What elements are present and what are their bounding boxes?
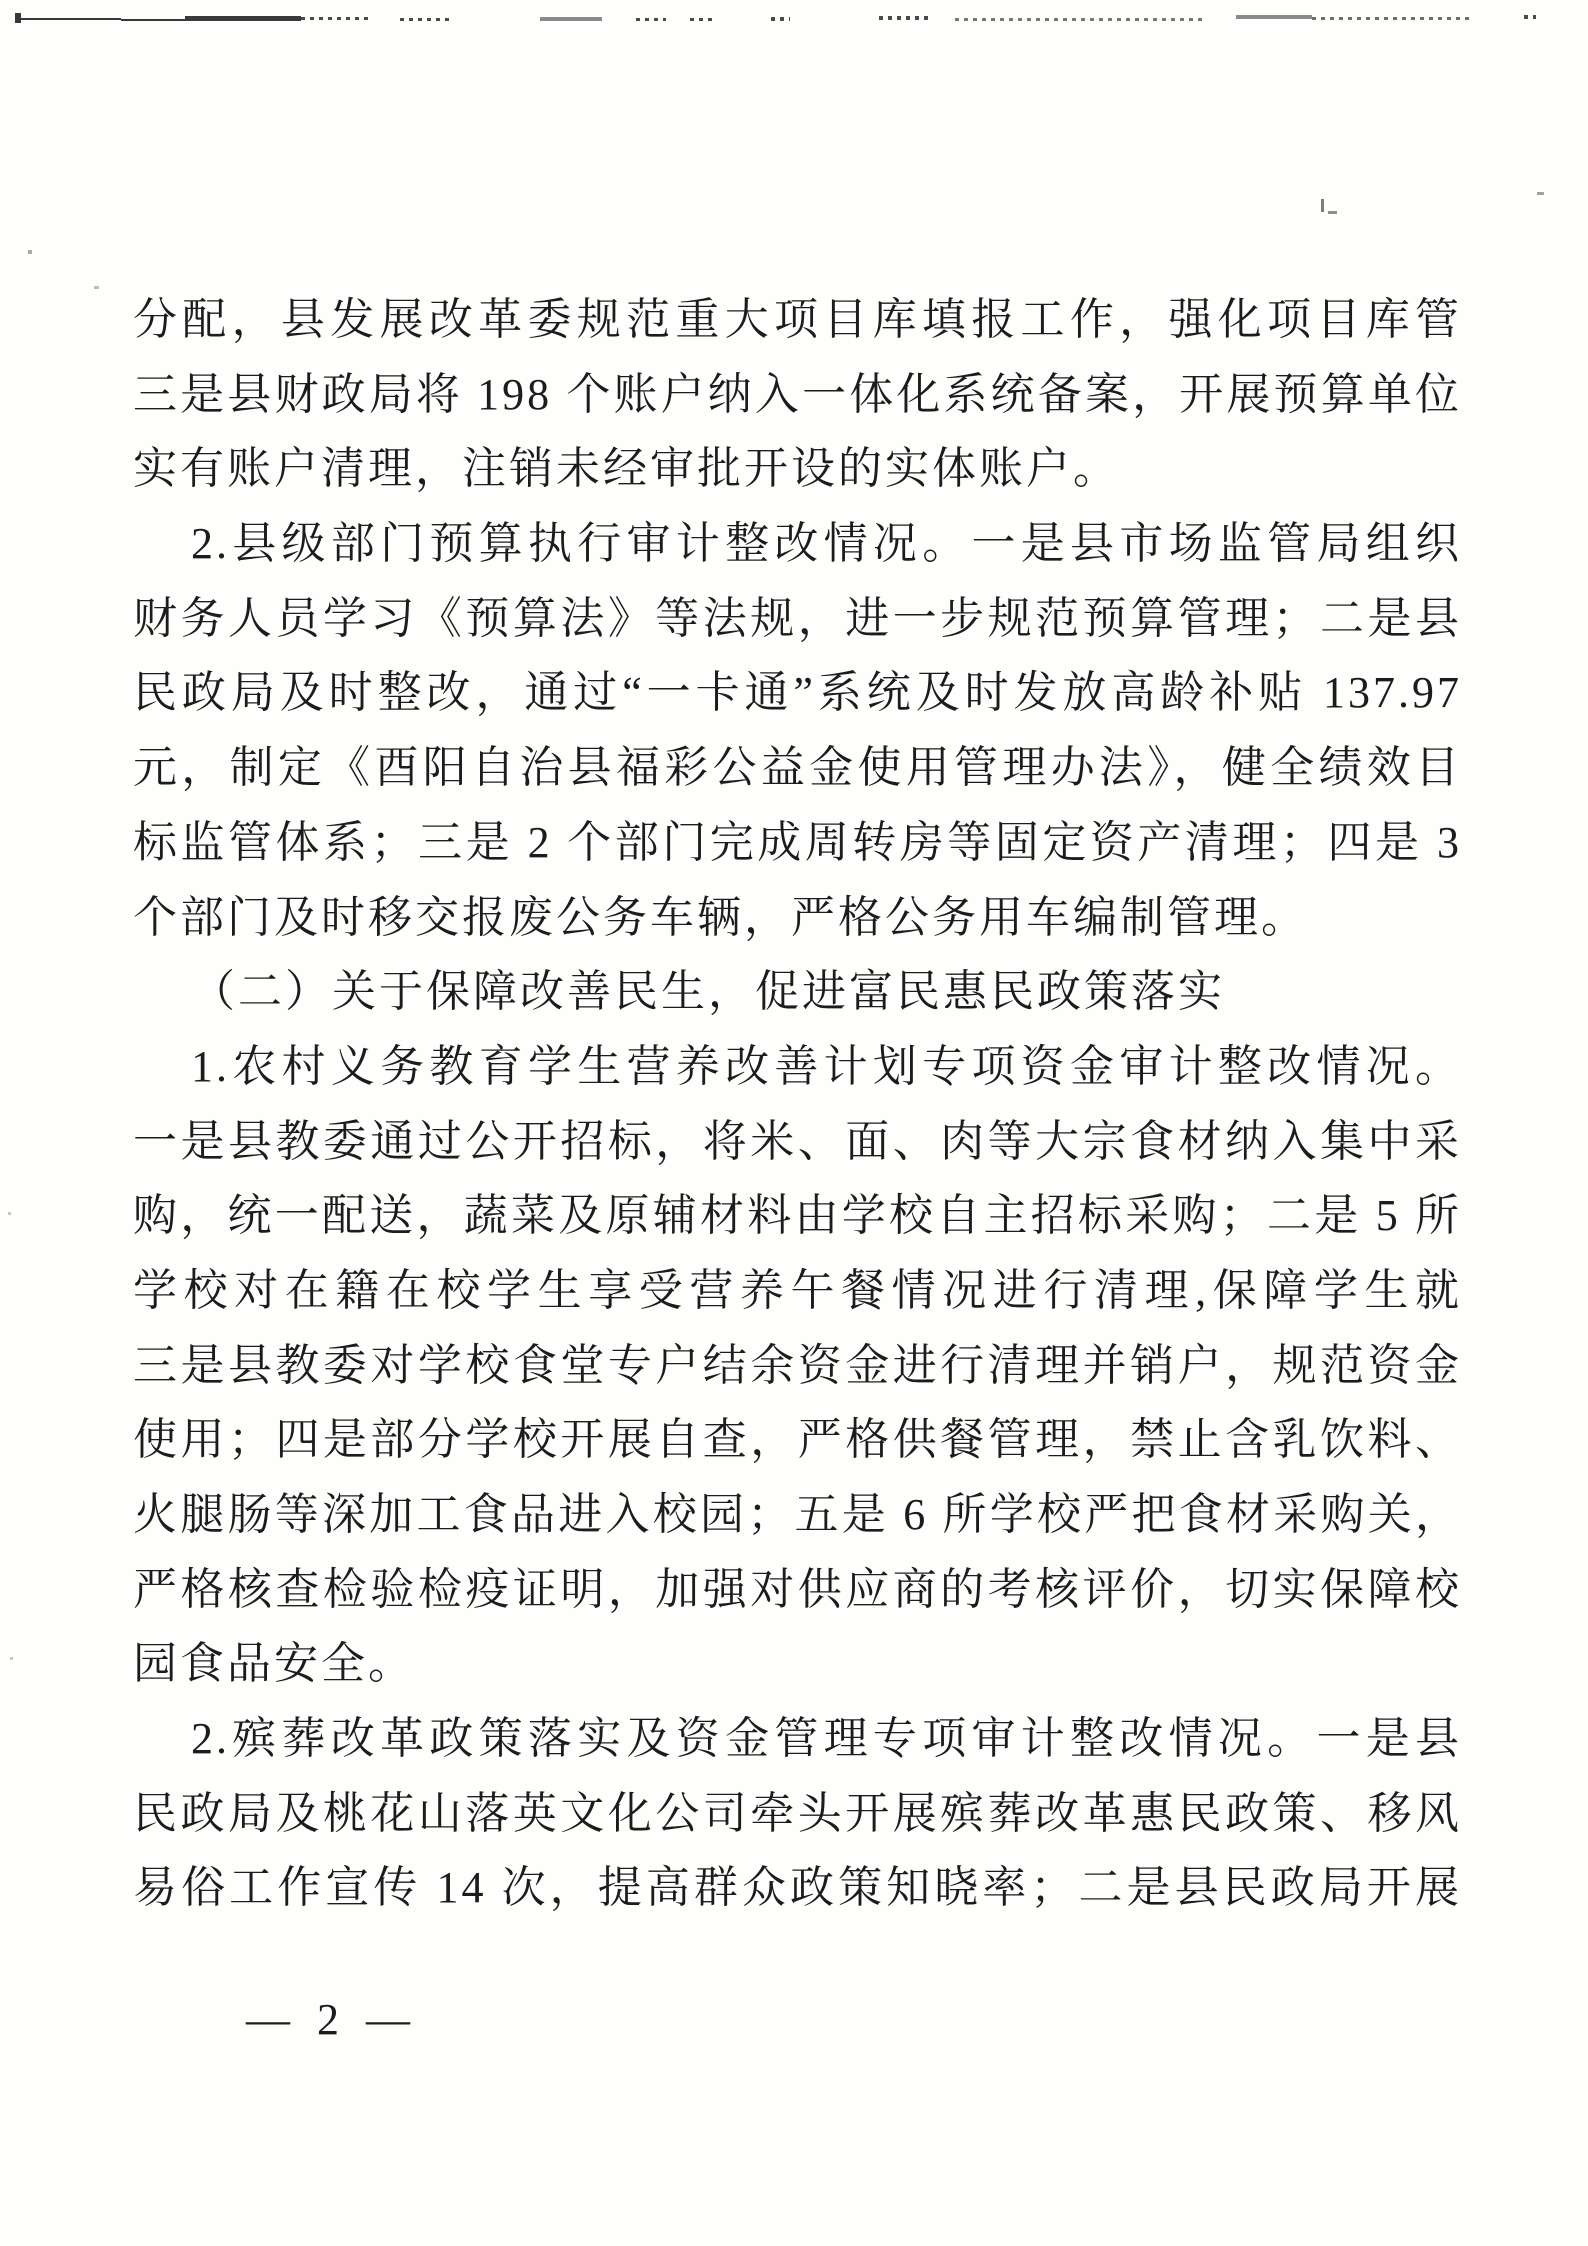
report-body: 分配，县发展改革委规范重大项目库填报工作，强化项目库管理。 三是县财政局将 19… (133, 283, 1462, 1926)
page-number: — 2 — (246, 1994, 418, 2046)
text-line: 分配，县发展改革委规范重大项目库填报工作，强化项目库管理。 (133, 283, 1462, 358)
text-line: 实有账户清理，注销未经审批开设的实体账户。 (133, 432, 1462, 507)
section-heading: （二）关于保障改善民生，促进富民惠民政策落实 (133, 955, 1462, 1030)
text-line: 个部门及时移交报废公务车辆，严格公务用车编制管理。 (133, 881, 1462, 956)
text-line: 1.农村义务教育学生营养改善计划专项资金审计整改情况。 (133, 1030, 1462, 1105)
text-line: 三是县教委对学校食堂专户结余资金进行清理并销户，规范资金 (133, 1329, 1462, 1404)
text-line: 财务人员学习《预算法》等法规，进一步规范预算管理；二是县 (133, 582, 1462, 657)
text-line: 园食品安全。 (133, 1627, 1462, 1702)
text-line: 使用；四是部分学校开展自查，严格供餐管理，禁止含乳饮料、 (133, 1403, 1462, 1478)
text-line: 民政局及桃花山落英文化公司牵头开展殡葬改革惠民政策、移风 (133, 1777, 1462, 1852)
document-page: 分配，县发展改革委规范重大项目库填报工作，强化项目库管理。 三是县财政局将 19… (0, 0, 1588, 2246)
text-line: 标监管体系；三是 2 个部门完成周转房等固定资产清理；四是 3 (133, 806, 1462, 881)
text-line: 火腿肠等深加工食品进入校园；五是 6 所学校严把食材采购关， (133, 1478, 1462, 1553)
text-line: 严格核查检验检疫证明，加强对供应商的考核评价，切实保障校 (133, 1553, 1462, 1628)
scan-noise (0, 0, 1588, 40)
text-line: 购，统一配送，蔬菜及原辅材料由学校自主招标采购；二是 5 所 (133, 1179, 1462, 1254)
text-line: 2.殡葬改革政策落实及资金管理专项审计整改情况。一是县 (133, 1702, 1462, 1777)
text-line: 民政局及时整改，通过“一卡通”系统及时发放高龄补贴 137.97 万 (133, 656, 1462, 731)
text-line: 元，制定《酉阳自治县福彩公益金使用管理办法》，健全绩效目 (133, 731, 1462, 806)
text-line: 一是县教委通过公开招标，将米、面、肉等大宗食材纳入集中采 (133, 1105, 1462, 1180)
text-line: 易俗工作宣传 14 次，提高群众政策知晓率；二是县民政局开展活 (133, 1851, 1462, 1926)
text-line: 2.县级部门预算执行审计整改情况。一是县市场监管局组织 (133, 507, 1462, 582)
text-line: 学校对在籍在校学生享受营养午餐情况进行清理,保障学生就餐； (133, 1254, 1462, 1329)
text-line: 三是县财政局将 198 个账户纳入一体化系统备案，开展预算单位 (133, 358, 1462, 433)
